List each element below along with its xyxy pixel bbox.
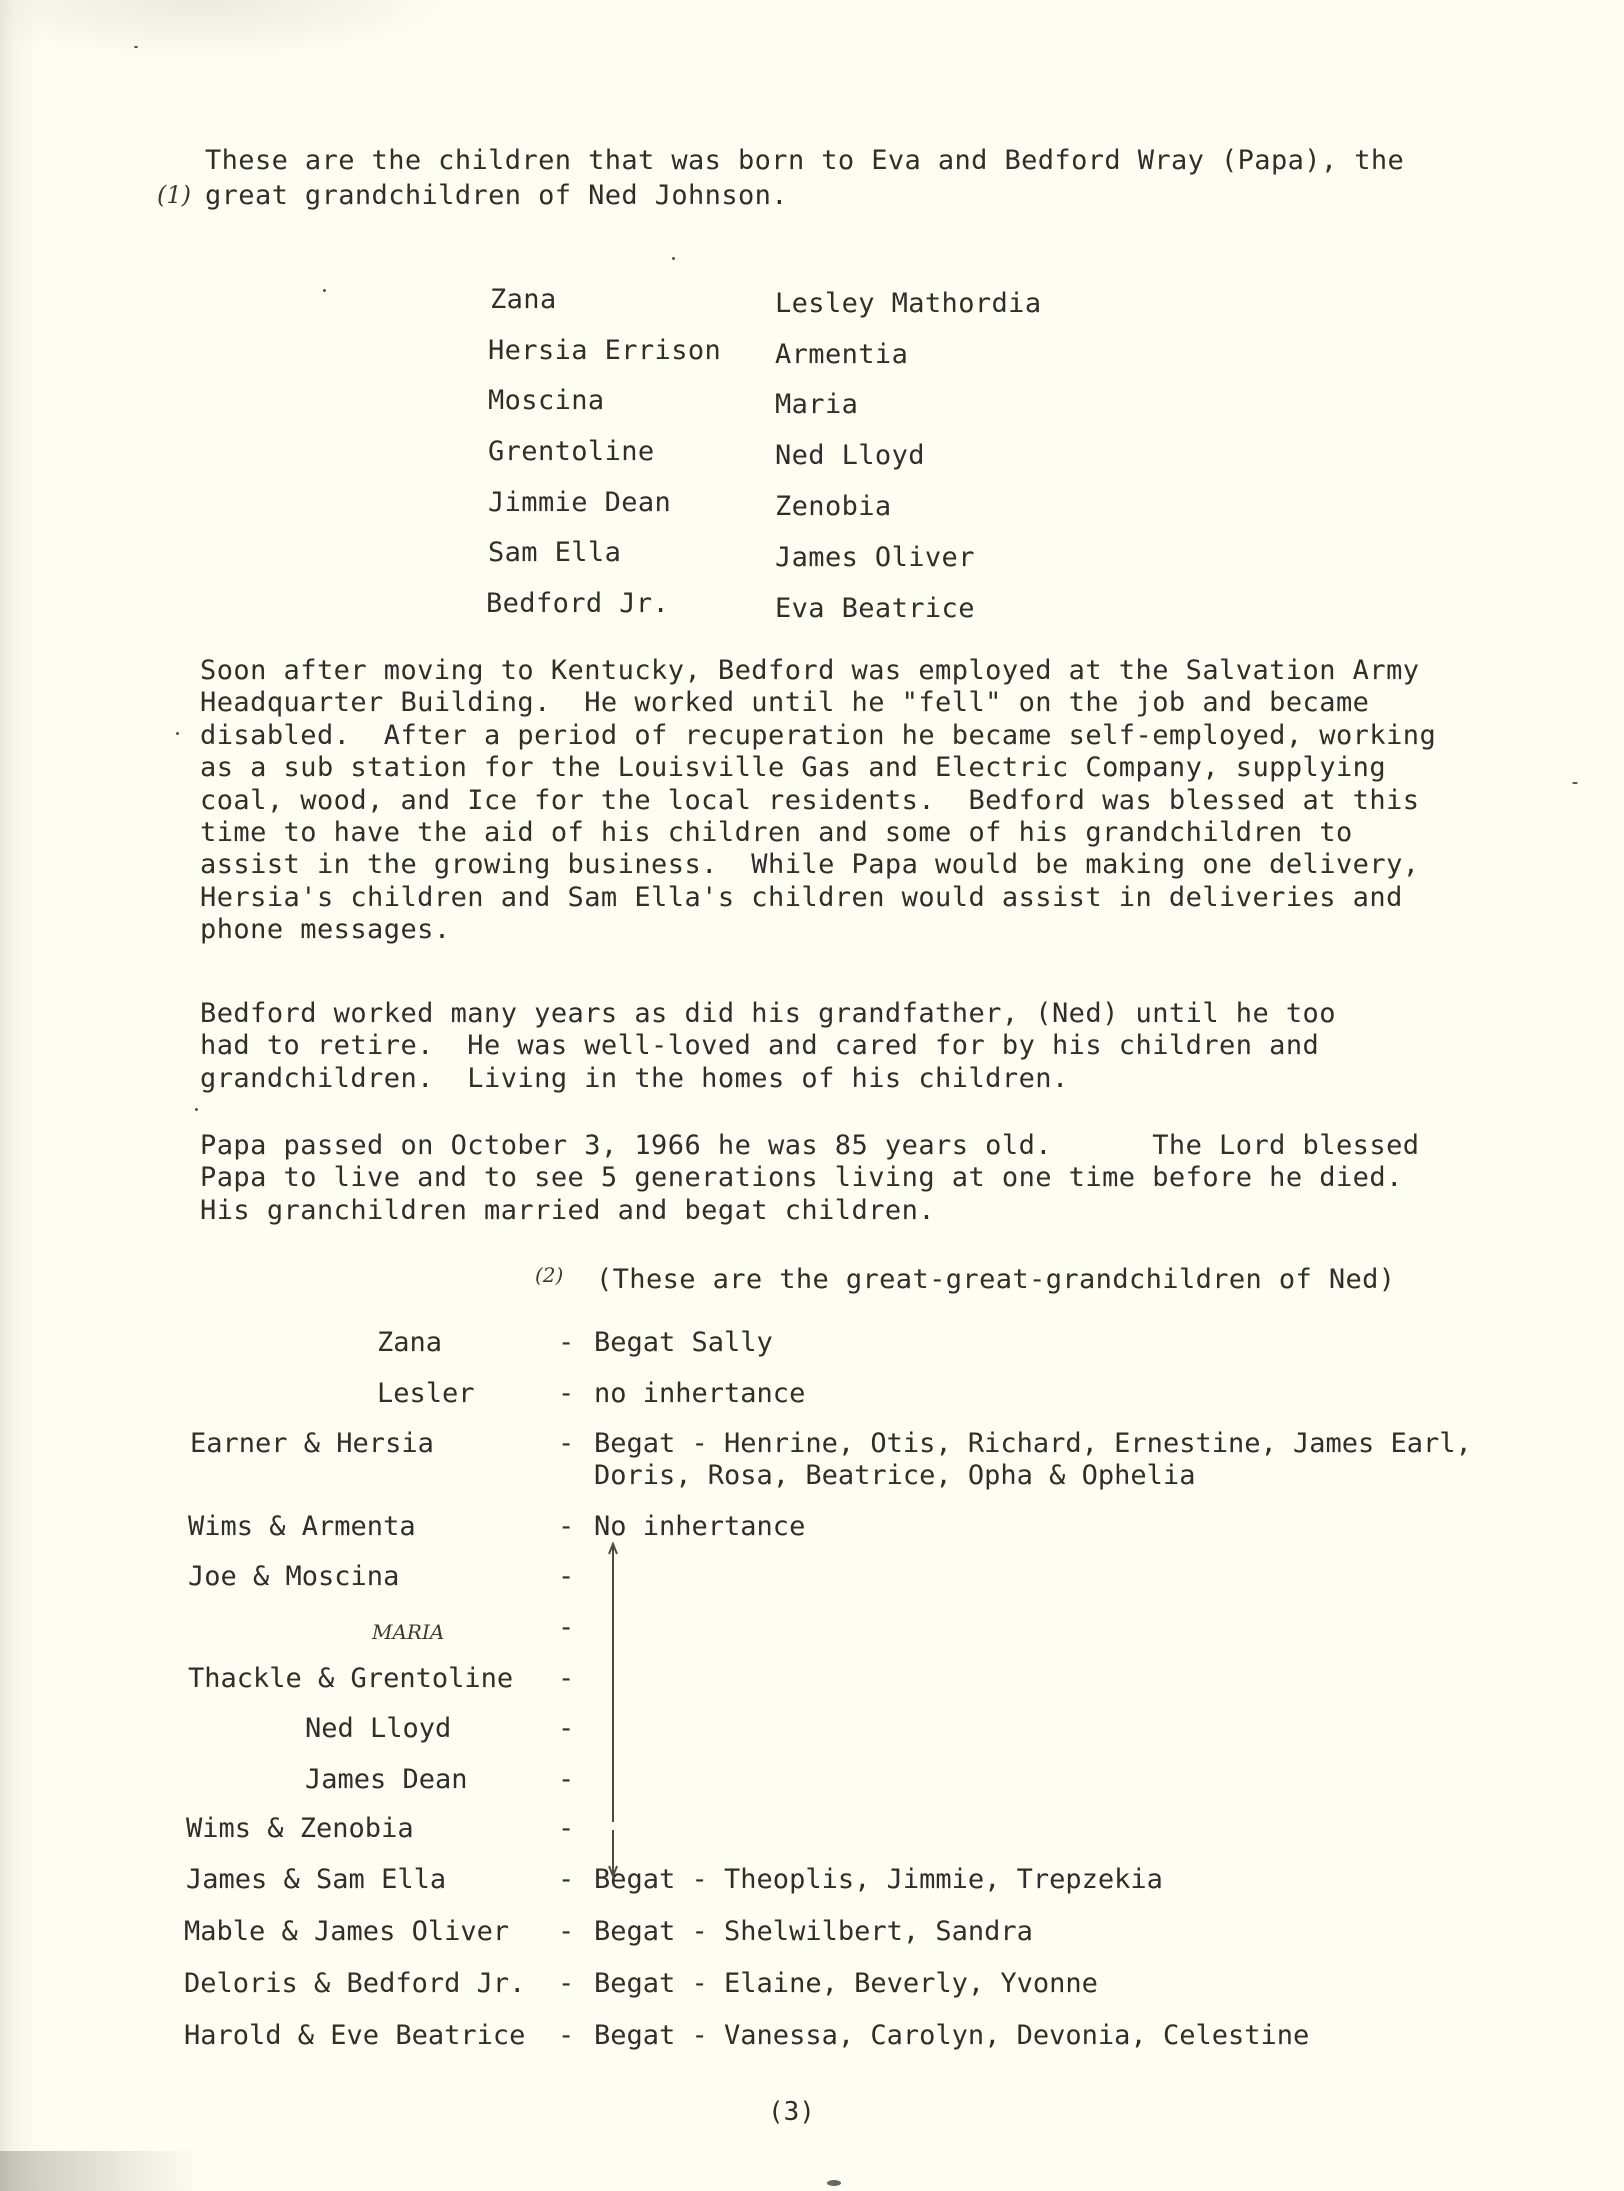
- row-dash: -: [558, 1764, 574, 1796]
- parents-name: Wims & Armenta: [188, 1511, 416, 1543]
- paragraph-line: time to have the aid of his children and…: [200, 817, 1500, 849]
- page-number: (3): [768, 2097, 815, 2127]
- document-page: (1) These are the children that was born…: [0, 0, 1624, 2191]
- children-desc: Begat - Theoplis, Jimmie, Trepzekia: [594, 1864, 1163, 1896]
- parents-name: Ned Lloyd: [305, 1713, 451, 1745]
- descendant-row: Ned Lloyd -: [0, 1713, 1624, 1753]
- child-right: Maria: [775, 389, 858, 421]
- section-heading: (These are the great-great-grandchildren…: [596, 1264, 1395, 1296]
- intro-line-2: great grandchildren of Ned Johnson.: [205, 180, 788, 212]
- scan-speck: [176, 732, 179, 735]
- parents-name: Thackle & Grentoline: [188, 1663, 513, 1695]
- row-dash: -: [558, 1511, 574, 1543]
- descendant-row: Thackle & Grentoline -: [0, 1663, 1624, 1703]
- paragraph-employment: Soon after moving to Kentucky, Bedford w…: [200, 655, 1500, 947]
- child-left: Zana: [490, 284, 557, 316]
- descendant-row: Joe & Moscina -: [0, 1561, 1624, 1601]
- paragraph-line: assist in the growing business. While Pa…: [200, 849, 1500, 881]
- parents-name: James & Sam Ella: [186, 1864, 446, 1896]
- descendant-row: Zana - Begat Sally: [0, 1327, 1624, 1367]
- children-desc-continued: Doris, Rosa, Beatrice, Opha & Ophelia: [594, 1460, 1195, 1492]
- descendant-row: James & Sam Ella - Begat - Theoplis, Jim…: [0, 1864, 1624, 1904]
- child-right: James Oliver: [775, 542, 975, 574]
- scan-speck: [672, 257, 675, 260]
- paragraph-line: Soon after moving to Kentucky, Bedford w…: [200, 655, 1500, 687]
- descendant-row: Harold & Eve Beatrice - Begat - Vanessa,…: [0, 2020, 1624, 2060]
- child-left: Jimmie Dean: [488, 487, 671, 519]
- scan-artifact: [0, 2151, 200, 2191]
- annotation-marker-2: (2): [535, 1263, 563, 1287]
- paragraph-line: as a sub station for the Louisville Gas …: [200, 752, 1500, 784]
- row-dash: -: [558, 1561, 574, 1593]
- paragraph-line: Papa to live and to see 5 generations li…: [200, 1162, 1500, 1194]
- parents-name-handwritten: Maria: [372, 1616, 444, 1648]
- child-left: Bedford Jr.: [486, 588, 669, 620]
- intro-line-1: These are the children that was born to …: [205, 145, 1404, 177]
- child-right: Armentia: [775, 339, 908, 371]
- scan-speck: [323, 289, 326, 292]
- row-dash: -: [558, 1968, 574, 2000]
- descendant-row: Earner & Hersia - Begat - Henrine, Otis,…: [0, 1428, 1624, 1468]
- scan-speck: [827, 2180, 841, 2186]
- child-right: Lesley Mathordia: [775, 288, 1042, 320]
- child-left: Hersia Errison: [488, 335, 721, 367]
- paragraph-line: Papa passed on October 3, 1966 he was 85…: [200, 1130, 1500, 1162]
- descendant-row: Deloris & Bedford Jr. - Begat - Elaine, …: [0, 1968, 1624, 2008]
- parents-name: Zana: [377, 1327, 442, 1359]
- descendant-row: James Dean -: [0, 1764, 1624, 1804]
- parents-name: Joe & Moscina: [188, 1561, 399, 1593]
- row-dash: -: [558, 1428, 574, 1460]
- row-dash: -: [558, 1378, 574, 1410]
- paragraph-line: grandchildren. Living in the homes of hi…: [200, 1063, 1500, 1095]
- scan-speck: [195, 1108, 198, 1111]
- arrow-up-down-icon: [604, 1540, 624, 1885]
- row-dash: -: [558, 1612, 574, 1644]
- paragraph-line: disabled. After a period of recuperation…: [200, 720, 1500, 752]
- row-dash: -: [558, 1813, 574, 1845]
- row-dash: -: [558, 1916, 574, 1948]
- row-dash: -: [558, 1327, 574, 1359]
- child-right: Eva Beatrice: [775, 593, 975, 625]
- parents-name: Harold & Eve Beatrice: [184, 2020, 525, 2052]
- paragraph-line: had to retire. He was well-loved and car…: [200, 1030, 1500, 1062]
- paragraph-line: Bedford worked many years as did his gra…: [200, 998, 1500, 1030]
- parents-name: Mable & James Oliver: [184, 1916, 509, 1948]
- row-dash: -: [558, 1713, 574, 1745]
- children-desc: Begat - Shelwilbert, Sandra: [594, 1916, 1033, 1948]
- child-left: Sam Ella: [488, 537, 621, 569]
- parents-name: Lesler: [377, 1378, 475, 1410]
- scan-speck: [134, 46, 138, 48]
- scan-speck: [1572, 782, 1578, 784]
- child-left: Grentoline: [488, 436, 655, 468]
- parents-name: Earner & Hersia: [190, 1428, 434, 1460]
- paragraph-line: phone messages.: [200, 914, 1500, 946]
- descendant-row: Lesler - no inhertance: [0, 1378, 1624, 1418]
- parents-name: Wims & Zenobia: [186, 1813, 414, 1845]
- parents-name: Deloris & Bedford Jr.: [184, 1968, 525, 2000]
- children-desc: Begat Sally: [594, 1327, 773, 1359]
- children-desc: no inhertance: [594, 1378, 805, 1410]
- children-desc: Begat - Henrine, Otis, Richard, Ernestin…: [594, 1428, 1472, 1460]
- child-left: Moscina: [488, 385, 605, 417]
- row-dash: -: [558, 1864, 574, 1896]
- parents-name: James Dean: [305, 1764, 468, 1796]
- paragraph-retirement: Bedford worked many years as did his gra…: [200, 998, 1500, 1095]
- row-dash: -: [558, 1663, 574, 1695]
- descendant-row: Mable & James Oliver - Begat - Shelwilbe…: [0, 1916, 1624, 1956]
- paragraph-passing: Papa passed on October 3, 1966 he was 85…: [200, 1130, 1500, 1227]
- paragraph-line: His granchildren married and begat child…: [200, 1195, 1500, 1227]
- paragraph-line: coal, wood, and Ice for the local reside…: [200, 785, 1500, 817]
- paragraph-line: Headquarter Building. He worked until he…: [200, 687, 1500, 719]
- paragraph-line: Hersia's children and Sam Ella's childre…: [200, 882, 1500, 914]
- descendant-row: Wims & Zenobia -: [0, 1813, 1624, 1853]
- descendant-row: Maria -: [0, 1612, 1624, 1652]
- children-desc: No inhertance: [594, 1511, 805, 1543]
- child-right: Ned Lloyd: [775, 440, 925, 472]
- children-desc: Begat - Vanessa, Carolyn, Devonia, Celes…: [594, 2020, 1309, 2052]
- children-desc: Begat - Elaine, Beverly, Yvonne: [594, 1968, 1098, 2000]
- row-dash: -: [558, 2020, 574, 2052]
- child-right: Zenobia: [775, 491, 892, 523]
- descendant-row: Wims & Armenta - No inhertance: [0, 1511, 1624, 1551]
- annotation-marker-1: (1): [157, 181, 191, 209]
